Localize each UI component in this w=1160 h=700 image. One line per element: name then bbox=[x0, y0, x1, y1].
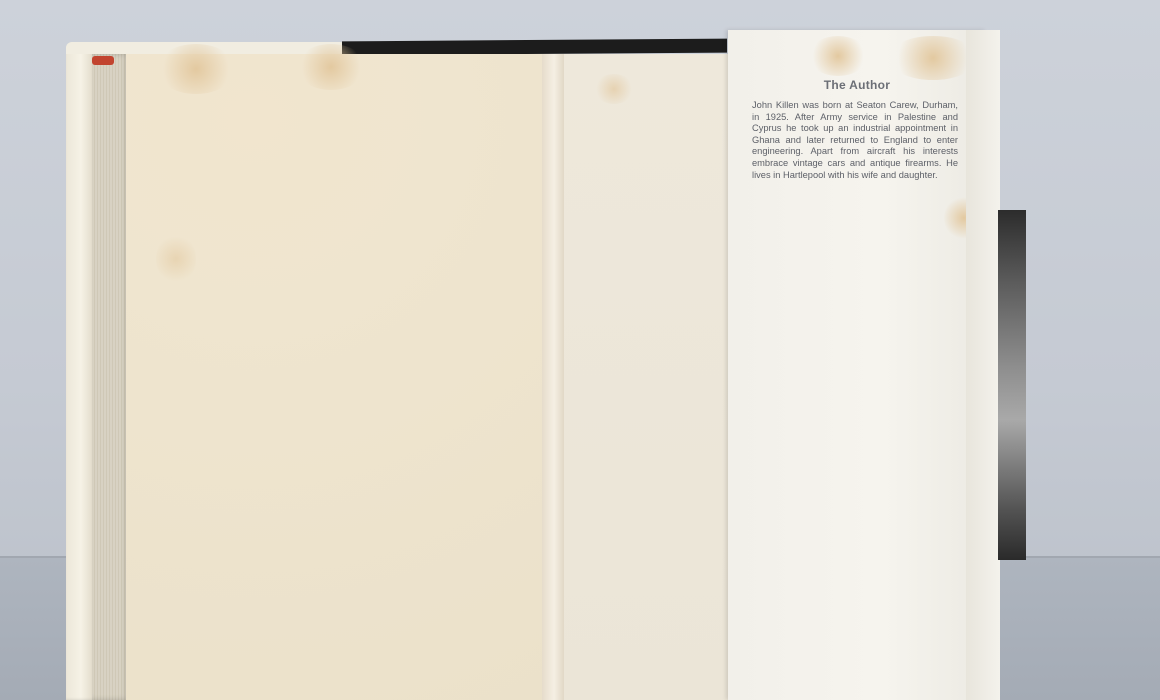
author-bio: John Killen was born at Seaton Carew, Du… bbox=[752, 100, 958, 181]
book-gutter bbox=[542, 54, 566, 700]
endpaper-left bbox=[126, 54, 552, 700]
author-heading: The Author bbox=[728, 78, 986, 92]
headband-mark bbox=[92, 56, 114, 65]
open-book: The Author John Killen was born at Seato… bbox=[66, 30, 1032, 700]
foxing-stain bbox=[156, 44, 236, 94]
jacket-photo-edge bbox=[998, 210, 1026, 560]
foxing-stain bbox=[296, 44, 366, 90]
endpaper-right bbox=[564, 54, 728, 700]
spine-top-edge bbox=[342, 39, 727, 56]
dust-jacket-flap: The Author John Killen was born at Seato… bbox=[728, 30, 986, 700]
page-block-edge bbox=[92, 54, 130, 700]
foxing-stain bbox=[156, 234, 196, 284]
foxing-stain bbox=[594, 74, 634, 104]
jacket-fold bbox=[966, 30, 1000, 700]
foxing-stain bbox=[888, 36, 978, 80]
foxing-stain bbox=[808, 36, 868, 76]
